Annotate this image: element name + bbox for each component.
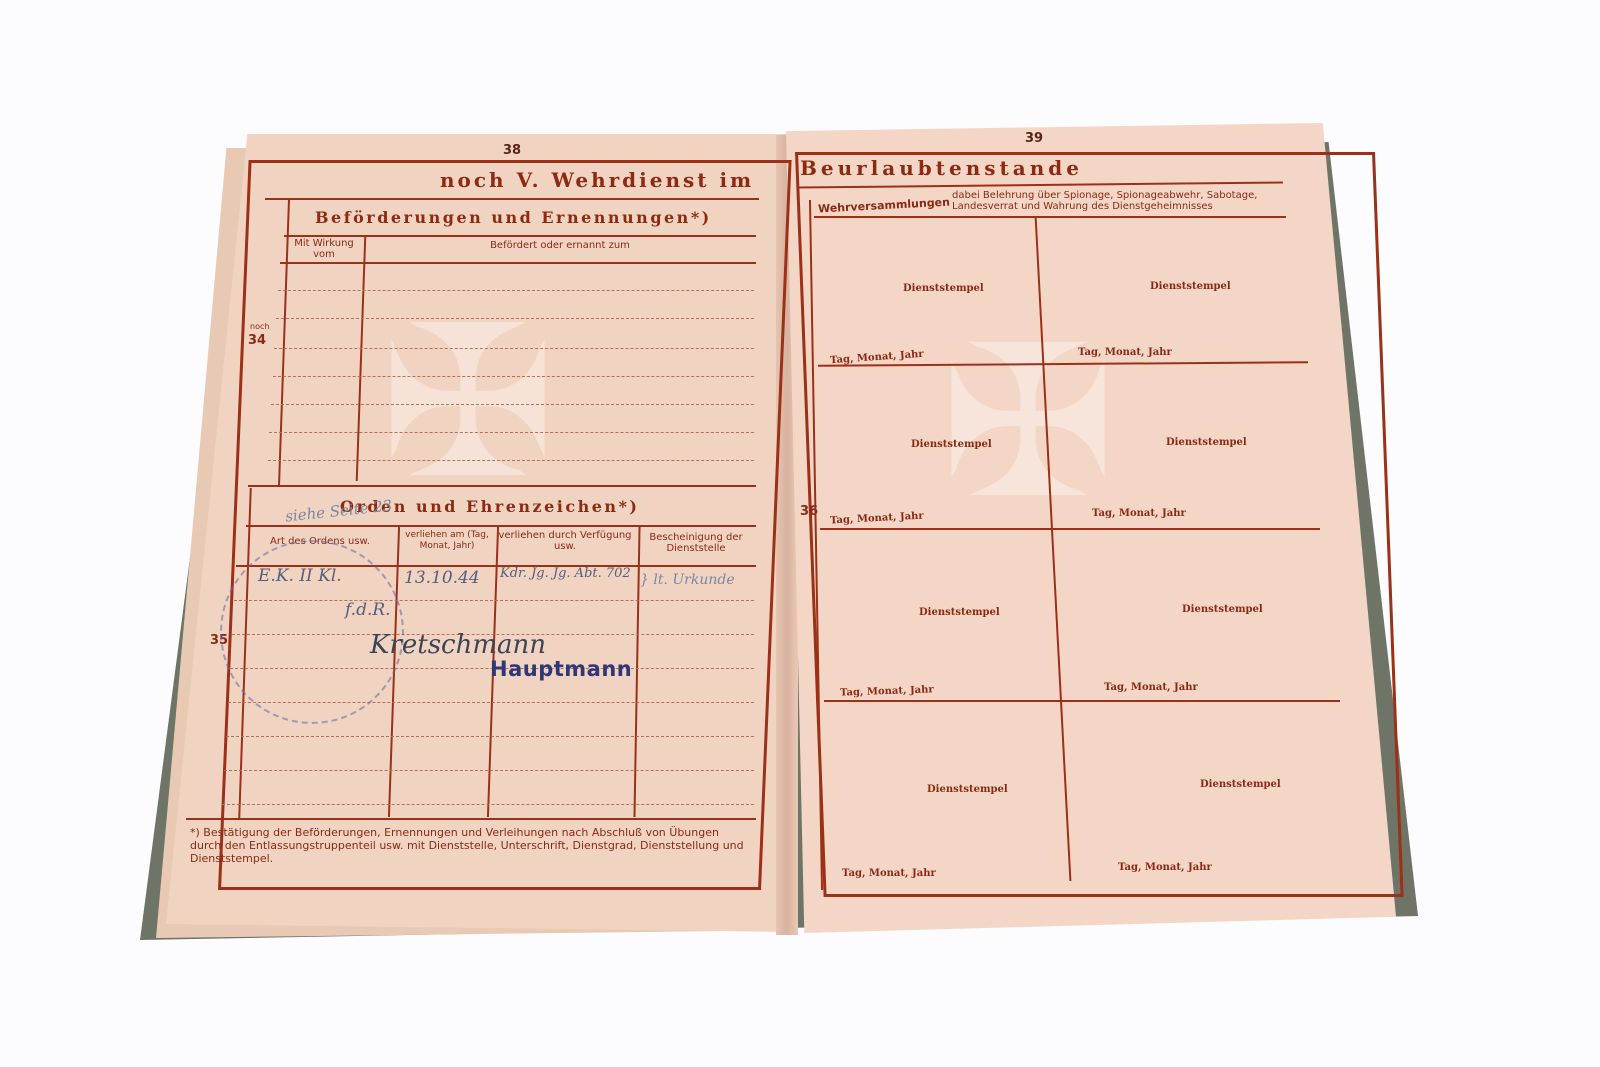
entry-art: E.K. II Kl. bbox=[258, 566, 342, 586]
right-form-frame bbox=[795, 152, 1404, 897]
footnote: *) Bestätigung der Beförderungen, Ernenn… bbox=[190, 826, 745, 865]
cell-divider bbox=[820, 528, 1320, 530]
column-header-mit-wirkung: Mit Wirkung vom bbox=[285, 238, 363, 260]
cell-stamp-label: Dienststempel bbox=[1166, 437, 1247, 448]
cell-stamp-label: Dienststempel bbox=[1182, 604, 1263, 615]
cell-date-label: Tag, Monat, Jahr bbox=[842, 868, 936, 879]
cell-stamp-label: Dienststempel bbox=[911, 439, 992, 450]
cell-stamp-label: Dienststempel bbox=[919, 607, 1000, 618]
divider bbox=[246, 525, 756, 527]
right-header: Beurlaubtenstande bbox=[800, 156, 1083, 180]
entry-verfuegung: Kdr. Jg. Jg. Abt. 702 bbox=[500, 566, 631, 581]
cell-stamp-label: Dienststempel bbox=[927, 784, 1008, 795]
column-header-verliehen-durch: verliehen durch Verfügung usw. bbox=[495, 530, 635, 552]
form-row bbox=[268, 460, 754, 461]
cell-divider bbox=[824, 700, 1340, 702]
form-row bbox=[269, 432, 754, 433]
divider bbox=[248, 485, 756, 487]
column-header-bescheinigung: Bescheinigung der Dienststelle bbox=[640, 532, 752, 554]
row-marker-noch: noch bbox=[250, 321, 269, 332]
column-header-befoerdert: Befördert oder ernannt zum bbox=[365, 240, 755, 251]
cell-stamp-label: Dienststempel bbox=[903, 283, 984, 294]
divider bbox=[814, 216, 1286, 218]
cell-date-label: Tag, Monat, Jahr bbox=[1092, 508, 1186, 519]
column-header-verliehen-am: verliehen am (Tag, Monat, Jahr) bbox=[398, 530, 496, 552]
cell-date-label: Tag, Monat, Jahr bbox=[1104, 682, 1198, 693]
form-row bbox=[226, 736, 754, 737]
cell-date-label: Tag, Monat, Jahr bbox=[1118, 862, 1212, 873]
rank-stamp: Hauptmann bbox=[490, 657, 632, 681]
form-row bbox=[224, 770, 754, 771]
divider bbox=[186, 818, 756, 820]
form-row bbox=[271, 404, 754, 405]
form-row bbox=[274, 348, 754, 349]
row-marker-36: 36 bbox=[800, 504, 818, 519]
entry-datum: 13.10.44 bbox=[404, 568, 480, 588]
row-marker-34: 34 bbox=[248, 333, 266, 348]
section-description: dabei Belehrung über Spionage, Spionagea… bbox=[952, 190, 1282, 212]
divider bbox=[284, 235, 756, 237]
section-title-befoerderungen: Beförderungen und Ernennungen*) bbox=[315, 208, 712, 227]
signature: Kretschmann bbox=[370, 630, 546, 660]
left-header: noch V. Wehrdienst im bbox=[440, 168, 754, 192]
cell-stamp-label: Dienststempel bbox=[1200, 779, 1281, 790]
page-number-right: 39 bbox=[1025, 131, 1043, 146]
divider bbox=[280, 262, 756, 264]
divider bbox=[265, 198, 759, 200]
cell-stamp-label: Dienststempel bbox=[1150, 281, 1231, 292]
page-number-left: 38 bbox=[503, 143, 521, 158]
signature-fdr: f.d.R. bbox=[345, 600, 391, 620]
form-row bbox=[222, 804, 754, 805]
cell-date-label: Tag, Monat, Jahr bbox=[1078, 347, 1172, 358]
form-row bbox=[278, 290, 754, 291]
form-row bbox=[273, 376, 754, 377]
entry-bescheinigung: } lt. Urkunde bbox=[640, 572, 735, 588]
form-row bbox=[276, 318, 754, 319]
